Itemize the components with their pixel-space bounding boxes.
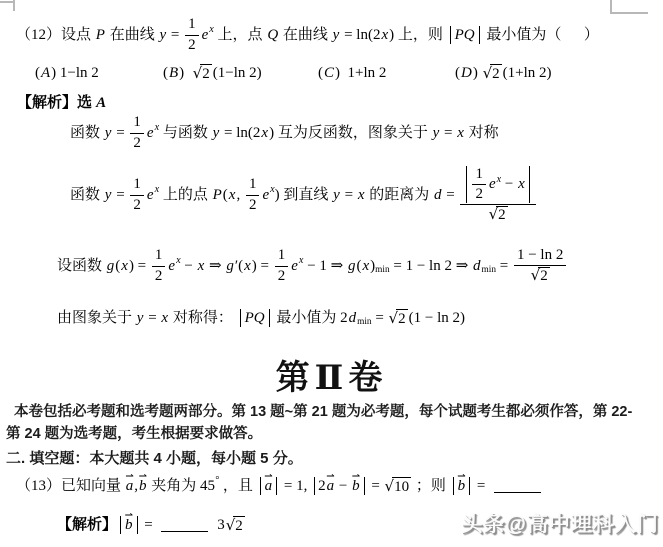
math-text: 函数 <box>70 124 104 142</box>
square-root: 2 <box>389 309 408 328</box>
fraction: 1 − ln 22 <box>514 247 566 286</box>
math-text: = <box>112 186 128 204</box>
math-text: （12）设点 <box>16 26 95 44</box>
math-text: 2 <box>188 37 196 54</box>
vector-symbol: b <box>457 477 467 495</box>
math-text: 夹角为 45 <box>148 477 216 495</box>
math-variable: x <box>361 257 370 275</box>
denominator: 2 <box>485 205 512 224</box>
math-variable: e <box>146 186 155 204</box>
math-text: , <box>236 186 244 204</box>
math-text: 1 − ln 2 <box>517 247 563 264</box>
numerator: 1 <box>275 247 289 266</box>
math-variable: A <box>40 64 51 82</box>
radicand: 2 <box>496 206 508 224</box>
subscript: min <box>357 317 371 328</box>
math-variable: y <box>212 124 221 142</box>
denominator: 2 <box>246 196 260 214</box>
numerator: 1 <box>130 114 144 133</box>
math-text: 2 <box>133 197 141 214</box>
radicand: 2 <box>200 64 212 83</box>
part-2-intro-line-2: 第 24 题为选考题，考生根据要求做答。 <box>6 424 659 446</box>
numerator: 1 <box>246 176 260 195</box>
math-text: 与函数 <box>159 124 212 142</box>
question-13-stem: （13）已知向量 a,b 夹角为 45° ，且 a = 1, 2a − b = … <box>16 468 546 504</box>
math-text: 在曲线 <box>106 26 159 44</box>
math-variable: e <box>167 257 176 275</box>
math-text: = <box>167 26 183 44</box>
fraction: 12 <box>130 114 144 152</box>
denominator: 2 <box>130 196 144 214</box>
math-text: 设函数 <box>57 257 106 275</box>
vector-symbol: b <box>138 477 148 495</box>
math-text: = <box>440 124 456 142</box>
math-variable: x <box>456 124 465 142</box>
math-text: 函数 <box>70 186 104 204</box>
bold-italic-text: A <box>96 94 106 112</box>
math-variable: PQ <box>244 309 266 327</box>
answer-blank <box>161 518 208 532</box>
numerator: 1 <box>472 166 486 185</box>
math-variable: x <box>160 309 169 327</box>
superscript: x <box>299 255 304 267</box>
math-text: 2 <box>278 268 286 285</box>
math-text: − <box>181 257 197 275</box>
math-text: ) 1+ln 2 <box>335 64 386 82</box>
question-12-analysis-label: 【解析】选 A <box>17 92 106 114</box>
absolute-value: b <box>120 516 138 534</box>
superscript: ° <box>215 475 219 487</box>
math-text: (1 − ln 2) <box>409 309 465 327</box>
math-text: 1 <box>188 16 196 33</box>
numerator: 1 <box>152 247 166 266</box>
math-variable: P <box>95 26 106 44</box>
math-text: 2 <box>492 65 500 83</box>
math-text: 1 <box>249 176 257 193</box>
math-text: = <box>368 477 384 495</box>
denominator: 2 <box>472 185 486 203</box>
math-text: = <box>144 309 160 327</box>
absolute-value: 12ex − x <box>466 166 529 204</box>
math-text: = 1 − ln 2 ⇒ <box>390 257 472 275</box>
section-2-fill-in-heading: 二. 填空题：本大题共 4 小题，每小题 5 分。 <box>6 447 303 468</box>
bold-label: 【解析】选 <box>17 94 96 112</box>
math-text: 3 <box>213 516 224 534</box>
superscript: x <box>270 184 275 196</box>
square-root: 2 <box>193 64 212 83</box>
math-text: ) 上，则 <box>389 26 447 44</box>
math-variable: D <box>460 64 473 82</box>
radicand: 2 <box>396 309 408 328</box>
toutiao-watermark: 头条@高中理科入门 <box>462 508 659 538</box>
math-variable: g <box>106 257 116 275</box>
option-b: (B) 2(1−ln 2) <box>163 60 262 86</box>
math-text: = <box>473 477 489 495</box>
page-boundary-mark-top-right-horizontal <box>610 12 648 14</box>
bold-label: 【解析】 <box>57 516 117 534</box>
radicand: 10 <box>392 477 411 496</box>
solution-line-1: 函数 y = 12ex 与函数 y = ln(2x) 互为反函数，图象关于 y … <box>70 112 499 154</box>
math-text: (1+ln 2) <box>503 64 552 82</box>
math-text: 1 <box>133 176 141 193</box>
superscript: x <box>497 174 502 186</box>
math-text: 由图象关于 <box>57 309 136 327</box>
math-text: 2 <box>318 477 326 495</box>
math-variable: g <box>225 257 235 275</box>
numerator: 1 − ln 2 <box>514 247 566 266</box>
math-text: ) 到直线 <box>275 186 333 204</box>
math-text: 的距离为 <box>365 186 433 204</box>
part-2-heading: 第Ⅱ卷 <box>0 350 663 399</box>
math-variable: y <box>104 186 113 204</box>
math-text: 1 <box>475 166 483 183</box>
math-variable: x <box>228 186 237 204</box>
math-variable: e <box>201 26 210 44</box>
math-text: = ln(2 <box>340 26 380 44</box>
math-text: 2 <box>540 268 548 285</box>
fraction: 12 <box>275 247 289 285</box>
math-variable: P <box>212 186 223 204</box>
absolute-value: 2a − b <box>314 477 364 495</box>
numerator: 1 <box>130 176 144 195</box>
math-text: 2 <box>202 65 210 83</box>
superscript: x <box>155 184 160 196</box>
math-text: 2 <box>398 310 406 328</box>
option-c: (C) 1+ln 2 <box>318 60 386 86</box>
math-variable: x <box>120 257 129 275</box>
fraction: 12ex − x2 <box>460 166 535 225</box>
answer-blank <box>494 479 541 493</box>
math-text: 2 <box>498 207 506 224</box>
solution-line-4: 由图象关于 y = x 对称得： PQ 最小值为 2dmin = 2(1 − l… <box>57 303 465 333</box>
math-variable: y <box>332 186 341 204</box>
absolute-value: PQ <box>240 309 270 327</box>
fraction: 12 <box>185 16 199 54</box>
vector-symbol: b <box>124 516 134 534</box>
vector-symbol: a <box>326 477 336 495</box>
math-text: 对称得： <box>169 309 237 327</box>
subscript: min <box>375 265 389 276</box>
math-text: ) = <box>129 257 150 275</box>
math-variable: PQ <box>454 26 476 44</box>
math-text: 2 <box>235 517 243 535</box>
math-text: ) <box>179 64 192 82</box>
math-variable: y <box>332 26 341 44</box>
math-variable: x <box>517 176 526 193</box>
superscript: x <box>209 24 214 36</box>
superscript: x <box>155 122 160 134</box>
math-text: 1 <box>155 247 163 264</box>
square-root: 10 <box>385 477 412 496</box>
math-text: = <box>496 257 512 275</box>
square-root: 2 <box>226 516 245 535</box>
solution-line-2: 函数 y = 12ex 上的点 P(x, 12ex) 到直线 y = x 的距离… <box>70 156 538 234</box>
absolute-value: a <box>260 477 278 495</box>
math-text: = <box>443 186 459 204</box>
denominator: 2 <box>152 267 166 285</box>
question-12-stem: （12）设点 P 在曲线 y = 12ex 上，点 Q 在曲线 y = ln(2… <box>16 12 599 58</box>
solution-line-3: 设函数 g(x) = 12ex − x ⇒ g′(x) = 12ex − 1 ⇒… <box>57 242 568 290</box>
math-variable: y <box>158 26 167 44</box>
math-variable: e <box>146 124 155 142</box>
math-text: − 1 ⇒ <box>303 257 347 275</box>
math-text: 2 <box>133 135 141 152</box>
math-text: ) 互为反函数，图象关于 <box>269 124 432 142</box>
math-text: = 1, <box>280 477 311 495</box>
math-text: 上，点 <box>214 26 267 44</box>
math-variable: y <box>136 309 145 327</box>
math-text: − <box>501 176 517 193</box>
math-text: = <box>141 516 157 534</box>
math-variable: x <box>357 186 366 204</box>
numerator: 1 <box>185 16 199 35</box>
math-text: 最小值为（ ） <box>483 26 599 44</box>
part-2-intro-line-1: 本卷包括必考题和选考题两部分。第 13 题~第 21 题为必考题，每个试题考生都… <box>6 402 659 424</box>
math-text: = <box>112 124 128 142</box>
math-variable: B <box>168 64 179 82</box>
page-boundary-mark-top-left-horizontal <box>0 1 13 3</box>
math-variable: x <box>197 257 206 275</box>
absolute-value: b <box>453 477 471 495</box>
square-root: 2 <box>531 267 550 285</box>
math-text: ⇒ <box>205 257 225 275</box>
math-variable: d <box>348 309 358 327</box>
math-text: 2 <box>475 186 483 203</box>
math-variable: Q <box>266 26 279 44</box>
page-boundary-mark-top-left-vertical <box>13 0 15 11</box>
math-text: 2 <box>249 197 257 214</box>
superscript: x <box>176 255 181 267</box>
math-text: = <box>341 186 357 204</box>
math-variable: g <box>347 257 357 275</box>
math-text: 1 <box>278 247 286 264</box>
math-text: 2 <box>155 268 163 285</box>
fraction: 12 <box>472 166 486 204</box>
math-variable: x <box>380 26 389 44</box>
math-text: 上的点 <box>159 186 212 204</box>
option-d: (D) 2(1+ln 2) <box>455 60 552 86</box>
math-variable: y <box>432 124 441 142</box>
math-text: ，且 <box>219 477 257 495</box>
math-text: (1−ln 2) <box>213 64 262 82</box>
denominator: 2 <box>527 266 554 285</box>
math-variable: x <box>260 124 269 142</box>
math-text: ) 1−ln 2 <box>51 64 99 82</box>
math-text: 在曲线 <box>279 26 332 44</box>
math-text: ′( <box>235 257 243 275</box>
math-variable: y <box>104 124 113 142</box>
math-text: 1 <box>133 114 141 131</box>
question-13-analysis: 【解析】b = 32 <box>57 510 246 540</box>
denominator: 2 <box>185 36 199 54</box>
fraction: 12 <box>246 176 260 214</box>
math-variable: e <box>261 186 270 204</box>
math-text: 对称 <box>465 124 499 142</box>
math-variable: e <box>290 257 299 275</box>
option-a: (A) 1−ln 2 <box>35 60 99 86</box>
math-text: = <box>372 309 388 327</box>
math-text: ；则 <box>412 477 450 495</box>
absolute-value: PQ <box>450 26 480 44</box>
vector-symbol: a <box>264 477 274 495</box>
denominator: 2 <box>275 267 289 285</box>
math-variable: e <box>488 176 497 193</box>
math-variable: d <box>433 186 443 204</box>
math-text: = ln(2 <box>220 124 260 142</box>
math-text: − <box>335 477 351 495</box>
math-text: 最小值为 2 <box>273 309 348 327</box>
fraction: 12 <box>130 176 144 214</box>
radicand: 2 <box>490 64 502 83</box>
subscript: min <box>482 265 496 276</box>
numerator: 12ex − x <box>460 166 535 206</box>
math-text: 10 <box>394 478 409 496</box>
math-variable: d <box>472 257 482 275</box>
radicand: 2 <box>538 267 550 285</box>
square-root: 2 <box>489 206 508 224</box>
square-root: 2 <box>483 64 502 83</box>
part-2-intro-paragraph: 本卷包括必考题和选考题两部分。第 13 题~第 21 题为必考题，每个试题考生都… <box>6 402 659 445</box>
vector-symbol: b <box>351 477 361 495</box>
math-text: （13）已知向量 <box>16 477 125 495</box>
fraction: 12 <box>152 247 166 285</box>
vector-symbol: a <box>125 477 135 495</box>
denominator: 2 <box>130 134 144 152</box>
math-variable: x <box>243 257 252 275</box>
math-text: ) <box>473 64 482 82</box>
math-variable: C <box>323 64 335 82</box>
radicand: 2 <box>233 516 245 535</box>
math-text: ) = <box>252 257 273 275</box>
